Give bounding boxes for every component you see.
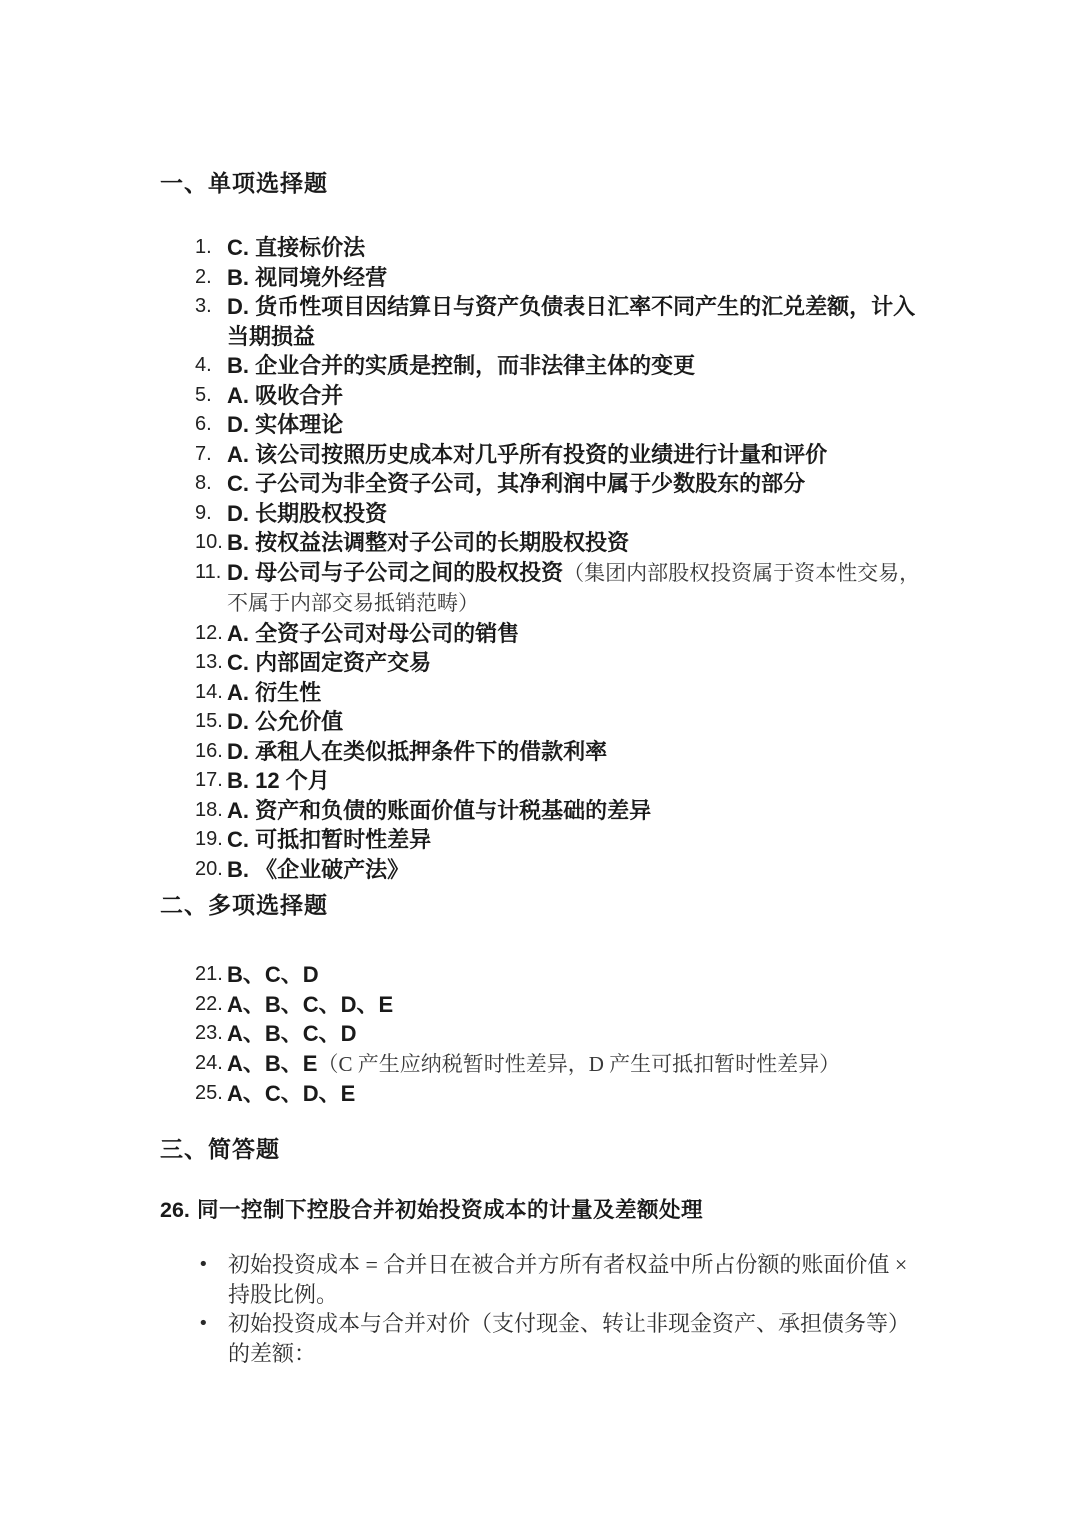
item-body: D. 货币性项目因结算日与资产负债表日汇率不同产生的汇兑差额，计入当期损益	[227, 292, 927, 351]
answer-item-10: 10.B. 按权益法调整对子公司的长期股权投资	[195, 528, 960, 558]
item-body: A、B、C、D、E	[227, 990, 927, 1020]
answer-text: D. 货币性项目因结算日与资产负债表日汇率不同产生的汇兑差额，计入当期损益	[227, 294, 915, 349]
answer-text: B. 《企业破产法》	[227, 857, 409, 882]
item-body: D. 承租人在类似抵押条件下的借款利率	[227, 737, 927, 767]
multi-choice-answer-list: 21.B、C、D 22.A、B、C、D、E 23.A、B、C、D 24.A、B、…	[160, 960, 960, 1109]
item-body: C. 直接标价法	[227, 233, 927, 263]
answer-text: A. 资产和负债的账面价值与计税基础的差异	[227, 798, 651, 823]
item-body: B. 按权益法调整对子公司的长期股权投资	[227, 528, 927, 558]
answer-text: A、C、D、E	[227, 1081, 355, 1106]
item-number: 13.	[195, 648, 227, 678]
item-body: A、B、C、D	[227, 1019, 927, 1049]
question-number: 26.	[160, 1196, 197, 1226]
bullet-icon: •	[198, 1250, 228, 1280]
answer-text: A. 该公司按照历史成本对几乎所有投资的业绩进行计量和评价	[227, 442, 827, 467]
item-number: 15.	[195, 707, 227, 737]
answer-text: D. 公允价值	[227, 709, 343, 734]
document-page: 一、单项选择题 1.C. 直接标价法 2.B. 视同境外经营 3.D. 货币性项…	[0, 0, 1080, 1527]
item-body: A. 吸收合并	[227, 381, 927, 411]
answer-text: A. 衍生性	[227, 680, 321, 705]
section-title-short-answer: 三、简答题	[160, 1134, 960, 1164]
item-number: 9.	[195, 499, 227, 529]
answer-text: D. 长期股权投资	[227, 501, 387, 526]
item-number: 18.	[195, 796, 227, 826]
item-body: D. 公允价值	[227, 707, 927, 737]
item-body: D. 长期股权投资	[227, 499, 927, 529]
item-number: 2.	[195, 263, 227, 293]
item-body: A. 衍生性	[227, 678, 927, 708]
item-number: 8.	[195, 469, 227, 499]
answer-text: A. 吸收合并	[227, 383, 343, 408]
answer-item-6: 6.D. 实体理论	[195, 410, 960, 440]
question-26-bullets: • 初始投资成本 = 合并日在被合并方所有者权益中所占份额的账面价值 × 持股比…	[160, 1250, 960, 1368]
answer-item-2: 2.B. 视同境外经营	[195, 263, 960, 293]
section-title-single-choice: 一、单项选择题	[160, 168, 960, 198]
answer-text: D. 母公司与子公司之间的股权投资	[227, 560, 563, 585]
bullet-item-2: • 初始投资成本与合并对价（支付现金、转让非现金资产、承担债务等）的差额：	[198, 1309, 960, 1368]
answer-item-14: 14.A. 衍生性	[195, 678, 960, 708]
item-number: 21.	[195, 960, 227, 990]
item-number: 7.	[195, 440, 227, 470]
item-body: B. 视同境外经营	[227, 263, 927, 293]
item-number: 16.	[195, 737, 227, 767]
question-26-heading: 26. 同一控制下控股合并初始投资成本的计量及差额处理	[160, 1196, 960, 1226]
item-number: 6.	[195, 410, 227, 440]
item-body: A. 资产和负债的账面价值与计税基础的差异	[227, 796, 927, 826]
answer-item-5: 5.A. 吸收合并	[195, 381, 960, 411]
question-title: 同一控制下控股合并初始投资成本的计量及差额处理	[197, 1196, 703, 1226]
answer-text: C. 直接标价法	[227, 235, 365, 260]
item-number: 23.	[195, 1019, 227, 1049]
answer-text: B. 按权益法调整对子公司的长期股权投资	[227, 530, 629, 555]
answer-item-13: 13.C. 内部固定资产交易	[195, 648, 960, 678]
answer-text: C. 内部固定资产交易	[227, 650, 431, 675]
item-number: 20.	[195, 855, 227, 885]
item-body: C. 子公司为非全资子公司，其净利润中属于少数股东的部分	[227, 469, 927, 499]
item-body: B. 《企业破产法》	[227, 855, 927, 885]
item-body: D. 实体理论	[227, 410, 927, 440]
item-number: 1.	[195, 233, 227, 263]
item-body: B、C、D	[227, 960, 927, 990]
answer-item-9: 9.D. 长期股权投资	[195, 499, 960, 529]
item-number: 19.	[195, 825, 227, 855]
item-number: 22.	[195, 990, 227, 1020]
item-body: B. 企业合并的实质是控制，而非法律主体的变更	[227, 351, 927, 381]
item-number: 3.	[195, 292, 227, 322]
item-body: A. 全资子公司对母公司的销售	[227, 619, 927, 649]
bullet-item-1: • 初始投资成本 = 合并日在被合并方所有者权益中所占份额的账面价值 × 持股比…	[198, 1250, 960, 1309]
item-number: 24.	[195, 1049, 227, 1079]
item-body: A、B、E（C 产生应纳税暂时性差异，D 产生可抵扣暂时性差异）	[227, 1049, 927, 1080]
item-body: A、C、D、E	[227, 1079, 927, 1109]
answer-text: C. 可抵扣暂时性差异	[227, 827, 431, 852]
item-body: A. 该公司按照历史成本对几乎所有投资的业绩进行计量和评价	[227, 440, 927, 470]
answer-text: B. 12 个月	[227, 768, 330, 793]
bullet-text: 初始投资成本 = 合并日在被合并方所有者权益中所占份额的账面价值 × 持股比例。	[228, 1250, 928, 1309]
answer-item-17: 17.B. 12 个月	[195, 766, 960, 796]
answer-item-8: 8.C. 子公司为非全资子公司，其净利润中属于少数股东的部分	[195, 469, 960, 499]
answer-item-19: 19.C. 可抵扣暂时性差异	[195, 825, 960, 855]
answer-text: C. 子公司为非全资子公司，其净利润中属于少数股东的部分	[227, 471, 805, 496]
answer-item-16: 16.D. 承租人在类似抵押条件下的借款利率	[195, 737, 960, 767]
answer-item-21: 21.B、C、D	[195, 960, 960, 990]
answer-text: A、B、C、D	[227, 1021, 357, 1046]
bullet-text: 初始投资成本与合并对价（支付现金、转让非现金资产、承担债务等）的差额：	[228, 1309, 928, 1368]
single-choice-answer-list: 1.C. 直接标价法 2.B. 视同境外经营 3.D. 货币性项目因结算日与资产…	[160, 233, 960, 884]
answer-item-7: 7.A. 该公司按照历史成本对几乎所有投资的业绩进行计量和评价	[195, 440, 960, 470]
answer-text: B. 视同境外经营	[227, 265, 387, 290]
item-body: C. 可抵扣暂时性差异	[227, 825, 927, 855]
item-body: B. 12 个月	[227, 766, 927, 796]
item-number: 25.	[195, 1079, 227, 1109]
item-body: D. 母公司与子公司之间的股权投资（集团内部股权投资属于资本性交易，不属于内部交…	[227, 558, 927, 619]
section-title-multi-choice: 二、多项选择题	[160, 890, 960, 920]
answer-text: B. 企业合并的实质是控制，而非法律主体的变更	[227, 353, 695, 378]
item-number: 12.	[195, 619, 227, 649]
answer-item-18: 18.A. 资产和负债的账面价值与计税基础的差异	[195, 796, 960, 826]
item-number: 5.	[195, 381, 227, 411]
answer-item-3: 3.D. 货币性项目因结算日与资产负债表日汇率不同产生的汇兑差额，计入当期损益	[195, 292, 960, 351]
answer-item-23: 23.A、B、C、D	[195, 1019, 960, 1049]
answer-text: A. 全资子公司对母公司的销售	[227, 621, 519, 646]
answer-item-20: 20.B. 《企业破产法》	[195, 855, 960, 885]
item-number: 17.	[195, 766, 227, 796]
answer-note: （C 产生应纳税暂时性差异，D 产生可抵扣暂时性差异）	[317, 1052, 840, 1076]
answer-item-4: 4.B. 企业合并的实质是控制，而非法律主体的变更	[195, 351, 960, 381]
answer-text: A、B、E	[227, 1051, 317, 1076]
bullet-icon: •	[198, 1309, 228, 1339]
answer-text: D. 承租人在类似抵押条件下的借款利率	[227, 739, 607, 764]
answer-text: D. 实体理论	[227, 412, 343, 437]
answer-text: A、B、C、D、E	[227, 992, 393, 1017]
answer-item-15: 15.D. 公允价值	[195, 707, 960, 737]
answer-item-12: 12.A. 全资子公司对母公司的销售	[195, 619, 960, 649]
answer-text: B、C、D	[227, 962, 319, 987]
item-number: 14.	[195, 678, 227, 708]
item-number: 11.	[195, 558, 227, 588]
item-number: 4.	[195, 351, 227, 381]
answer-item-24: 24.A、B、E（C 产生应纳税暂时性差异，D 产生可抵扣暂时性差异）	[195, 1049, 960, 1080]
item-number: 10.	[195, 528, 227, 558]
answer-item-1: 1.C. 直接标价法	[195, 233, 960, 263]
answer-item-11: 11.D. 母公司与子公司之间的股权投资（集团内部股权投资属于资本性交易，不属于…	[195, 558, 960, 619]
answer-item-22: 22.A、B、C、D、E	[195, 990, 960, 1020]
answer-item-25: 25.A、C、D、E	[195, 1079, 960, 1109]
item-body: C. 内部固定资产交易	[227, 648, 927, 678]
